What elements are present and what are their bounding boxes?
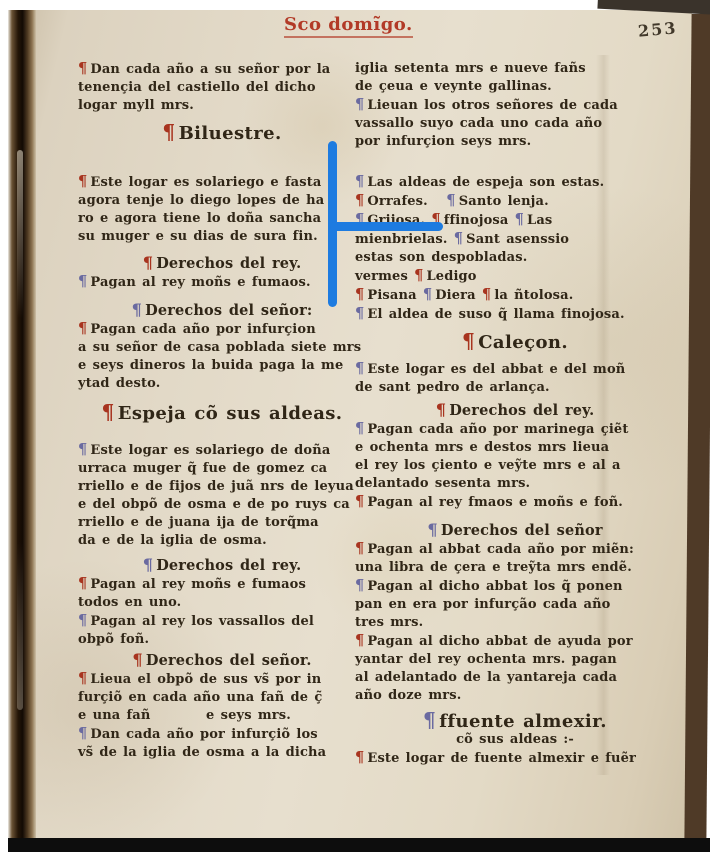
manuscript-line: ¶Las aldeas de espeja son estas. — [355, 173, 675, 192]
binding-texture — [17, 150, 23, 710]
manuscript-line: ¶Pagan al rey fmaos e moñs e foñ. — [355, 493, 675, 512]
manuscript-line: ¶Pagan al dicho abbat de ayuda por — [355, 632, 675, 651]
manuscript-line: vassallo suyo cada uno cada año — [355, 115, 675, 133]
manuscript-line: yantar del rey ochenta mrs. pagan — [355, 651, 675, 669]
manuscript-line: ro e agora tiene lo doña sancha — [78, 210, 366, 228]
pilcrow-mark: ¶ — [78, 725, 87, 742]
pilcrow-mark: ¶ — [355, 192, 364, 209]
left-text-column: ¶Dan cada año a su señor por latenençia … — [78, 60, 366, 762]
pilcrow-mark: ¶ — [132, 300, 142, 319]
manuscript-line: su muger e su dias de sura fin. — [78, 228, 366, 246]
manuscript-line: ¶El aldea de suso q̃ llama finojosa. — [355, 305, 675, 324]
manuscript-line: ¶Este logar es solariego de doña — [78, 441, 366, 460]
manuscript-line: ¶Orrafes. ¶Santo lenja. — [355, 192, 675, 211]
manuscript-line: ¶Dan cada año por infurçiõ los — [78, 725, 366, 744]
pilcrow-mark: ¶ — [446, 192, 455, 209]
manuscript-line: e una fañ e seys mrs. — [78, 707, 366, 725]
pilcrow-mark: ¶ — [355, 749, 364, 766]
manuscript-line: delantado sesenta mrs. — [355, 475, 675, 493]
pilcrow-mark: ¶ — [355, 96, 364, 113]
manuscript-line: ¶Derechos del señor. — [78, 651, 366, 670]
manuscript-line: iglia setenta mrs e nueve fañs — [355, 60, 675, 78]
manuscript-line: de sant pedro de arlança. — [355, 379, 675, 397]
manuscript-line: al adelantado de la yantareja cada — [355, 669, 675, 687]
manuscript-line: de çeua e veynte gallinas. — [355, 78, 675, 96]
pilcrow-mark: ¶ — [132, 650, 142, 669]
manuscript-line: ¶Dan cada año a su señor por la — [78, 60, 366, 79]
pilcrow-mark: ¶ — [355, 420, 364, 437]
pilcrow-mark: ¶ — [482, 286, 491, 303]
pilcrow-mark: ¶ — [162, 120, 175, 144]
pilcrow-mark: ¶ — [143, 253, 153, 272]
manuscript-line: cõ sus aldeas :- — [355, 731, 675, 749]
manuscript-line: agora tenje lo diego lopes de ha — [78, 192, 366, 210]
manuscript-line: el rey los çiento e veỹte mrs e al a — [355, 457, 675, 475]
manuscript-line: estas son despobladas. — [355, 249, 675, 267]
manuscript-line: tenençia del castiello del dicho — [78, 79, 366, 97]
manuscript-line: ¶Pagan al rey moñs e fumaos. — [78, 273, 366, 292]
pilcrow-mark: ¶ — [78, 612, 87, 629]
pilcrow-mark: ¶ — [355, 540, 364, 557]
manuscript-line: ¶Pagan al rey moñs e fumaos — [78, 575, 366, 594]
manuscript-line: tres mrs. — [355, 614, 675, 632]
pilcrow-mark: ¶ — [423, 286, 432, 303]
manuscript-line: ytad desto. — [78, 375, 366, 393]
manuscript-line: ¶Espeja cõ sus aldeas. — [78, 401, 366, 425]
pilcrow-mark: ¶ — [355, 577, 364, 594]
manuscript-line: ¶Derechos del rey. — [355, 401, 675, 420]
pilcrow-mark: ¶ — [414, 267, 423, 284]
manuscript-line: ¶Pagan cada año por marinega çiẽt — [355, 420, 675, 439]
manuscript-line: mienbrielas. ¶Sant asenssio — [355, 230, 675, 249]
manuscript-line: ¶Caleçon. — [355, 330, 675, 354]
manuscript-line: da e de la iglia de osma. — [78, 532, 366, 550]
manuscript-line: ¶Este logar es solariego e fasta — [78, 173, 366, 192]
manuscript-line: ¶Lieuan los otros señores de cada — [355, 96, 675, 115]
manuscript-line: ¶Pagan cada año por infurçion — [78, 320, 366, 339]
pilcrow-mark: ¶ — [423, 708, 436, 732]
annotation-t-mark-horizontal — [330, 222, 443, 231]
manuscript-line: rriello e de fijos de juã nrs de leyua — [78, 478, 366, 496]
pilcrow-mark: ¶ — [355, 360, 364, 377]
manuscript-line: vs̃ de la iglia de osma a la dicha — [78, 744, 366, 762]
manuscript-line: ¶Pagan al abbat cada año por miẽn: — [355, 540, 675, 559]
pilcrow-mark: ¶ — [355, 173, 364, 190]
manuscript-line: ¶Lieua el obpõ de sus vs̃ por in — [78, 670, 366, 689]
manuscript-line: a su señor de casa poblada siete mrs — [78, 339, 366, 357]
pilcrow-mark: ¶ — [78, 320, 87, 337]
manuscript-line: ¶Derechos del rey. — [78, 254, 366, 273]
manuscript-line: ¶Este logar de fuente almexir e fuẽr — [355, 749, 675, 768]
manuscript-line: ¶Derechos del señor: — [78, 301, 366, 320]
manuscript-line: una libra de çera e treỹta mrs endẽ. — [355, 559, 675, 577]
pilcrow-mark: ¶ — [78, 60, 87, 77]
pilcrow-mark: ¶ — [436, 400, 446, 419]
manuscript-line: logar myll mrs. — [78, 97, 366, 115]
manuscript-line: urraca muger q̃ fue de gomez ca — [78, 460, 366, 478]
pilcrow-mark: ¶ — [355, 493, 364, 510]
manuscript-line: e del obpõ de osma e de po ruys ca — [78, 496, 366, 514]
manuscript-line: ¶Pisana ¶Diera ¶la ñtolosa. — [355, 286, 675, 305]
manuscript-line: ¶Este logar es del abbat e del moñ — [355, 360, 675, 379]
pilcrow-mark: ¶ — [355, 632, 364, 649]
manuscript-line: ¶Biluestre. — [78, 121, 366, 145]
pilcrow-mark: ¶ — [515, 211, 524, 228]
pilcrow-mark: ¶ — [78, 273, 87, 290]
manuscript-line: obpõ foñ. — [78, 631, 366, 649]
pilcrow-mark: ¶ — [78, 670, 87, 687]
pilcrow-mark: ¶ — [355, 286, 364, 303]
folio-number: 253 — [637, 18, 678, 40]
scan-background-bar — [8, 838, 710, 852]
right-text-column: iglia setenta mrs e nueve fañsde çeua e … — [355, 60, 675, 768]
running-title: Sco domĩgo. — [284, 14, 413, 38]
manuscript-line: rriello e de juana ija de torq̃ma — [78, 514, 366, 532]
manuscript-line: ¶Pagan al dicho abbat los q̃ ponen — [355, 577, 675, 596]
pilcrow-mark: ¶ — [78, 441, 87, 458]
manuscript-line: ¶ffuente almexir. — [355, 709, 675, 733]
manuscript-line: por infurçion seys mrs. — [355, 133, 675, 151]
pilcrow-mark: ¶ — [462, 329, 475, 353]
manuscript-line: e ochenta mrs e destos mrs lieua — [355, 439, 675, 457]
manuscript-line: ¶Derechos del señor — [355, 521, 675, 540]
manuscript-line: pan en era por infurção cada año — [355, 596, 675, 614]
manuscript-line: furçiõ en cada año una fañ de ç̃ — [78, 689, 366, 707]
pilcrow-mark: ¶ — [78, 575, 87, 592]
pilcrow-mark: ¶ — [143, 555, 153, 574]
manuscript-line: ¶Pagan al rey los vassallos del — [78, 612, 366, 631]
pilcrow-mark: ¶ — [102, 400, 115, 424]
pilcrow-mark: ¶ — [427, 520, 437, 539]
pilcrow-mark: ¶ — [78, 173, 87, 190]
pilcrow-mark: ¶ — [355, 305, 364, 322]
manuscript-line: vermes ¶Ledigo — [355, 267, 675, 286]
manuscript-line: año doze mrs. — [355, 687, 675, 705]
manuscript-line: ¶Derechos del rey. — [78, 556, 366, 575]
manuscript-line: todos en uno. — [78, 594, 366, 612]
manuscript-line: e seys dineros la buida paga la me — [78, 357, 366, 375]
pilcrow-mark: ¶ — [454, 230, 463, 247]
